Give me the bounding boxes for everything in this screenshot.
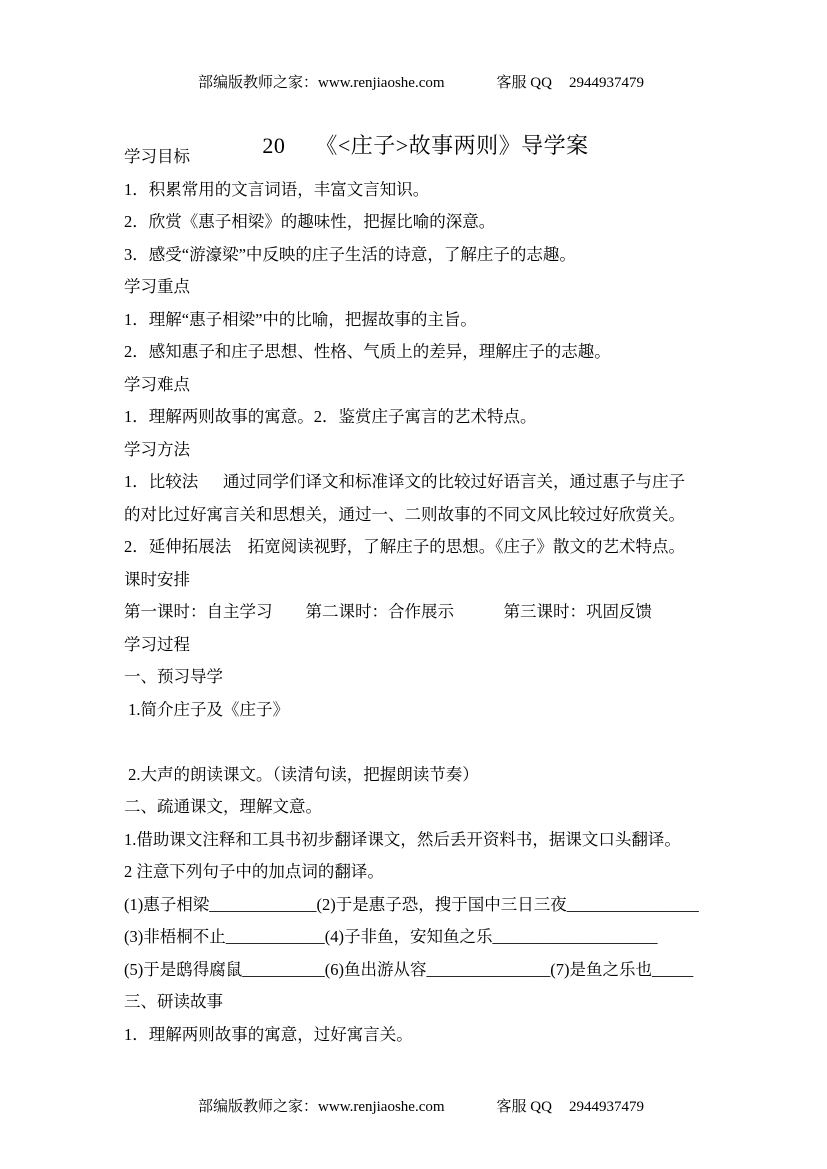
header-site-label: 部编版教师之家： — [198, 75, 318, 91]
header-site-url: www.renjiaoshe.com — [318, 75, 445, 91]
footer-service-label: 客服 QQ — [497, 1099, 552, 1115]
footer-qq-number: 2944937479 — [569, 1099, 644, 1115]
page-footer: 部编版教师之家：www.renjiaoshe.com客服 QQ294493747… — [0, 1078, 827, 1133]
method-1-line-1: 1．比较法 通过同学们译文和标准译文的比较过好语言关，通过惠子与庄子 — [124, 466, 724, 499]
method-1-line-2: 的对比过好寓言关和思想关，通过一、二则故事的不同文风比较过好欣赏关。 — [124, 499, 724, 532]
learning-goal-3: 3．感受“游濠梁”中反映的庄子生活的诗意，了解庄子的志趣。 — [124, 239, 724, 272]
section-1-preview-heading: 一、预习导学 — [124, 661, 724, 694]
preview-item-2: 2.大声的朗读课文。（读清句读，把握朗读节奏） — [124, 759, 724, 792]
document-page: 部编版教师之家：www.renjiaoshe.com客服 QQ294493747… — [0, 0, 827, 1169]
header-qq-number: 2944937479 — [569, 75, 644, 91]
fill-blank-line-1: (1)惠子相梁_____________(2)于是惠子恐，搜于国中三日三夜___… — [124, 889, 724, 922]
focus-item-2: 2．感知惠子和庄子思想、性格、气质上的差异，理解庄子的志趣。 — [124, 336, 724, 369]
document-body: 学习目标 1．积累常用的文言词语，丰富文言知识。 2．欣赏《惠子相梁》的趣味性，… — [124, 141, 724, 1051]
fill-blank-line-2: (3)非梧桐不止____________(4)子非鱼，安知鱼之乐________… — [124, 921, 724, 954]
blank-line — [124, 726, 724, 759]
section-2-comprehension-heading: 二、疏通课文，理解文意。 — [124, 791, 724, 824]
difficulty-items: 1．理解两则故事的寓意。2．鉴赏庄子寓言的艺术特点。 — [124, 401, 724, 434]
section-3-study-heading: 三、研读故事 — [124, 986, 724, 1019]
footer-site-label: 部编版教师之家： — [198, 1099, 318, 1115]
page-header: 部编版教师之家：www.renjiaoshe.com客服 QQ294493747… — [0, 54, 827, 109]
focus-item-1: 1．理解“惠子相梁”中的比喻，把握故事的主旨。 — [124, 304, 724, 337]
header-service-label: 客服 QQ — [497, 75, 552, 91]
learning-goal-1: 1．积累常用的文言词语，丰富文言知识。 — [124, 174, 724, 207]
fill-blank-line-3: (5)于是鸱得腐鼠__________(6)鱼出游从容_____________… — [124, 954, 724, 987]
heading-learning-goals: 学习目标 — [124, 141, 724, 174]
footer-site-url: www.renjiaoshe.com — [318, 1099, 445, 1115]
study-item-1: 1．理解两则故事的寓意，过好寓言关。 — [124, 1019, 724, 1052]
comprehension-item-1: 1.借助课文注释和工具书初步翻译课文，然后丢开资料书，据课文口头翻译。 — [124, 824, 724, 857]
heading-learning-methods: 学习方法 — [124, 434, 724, 467]
heading-learning-focus: 学习重点 — [124, 271, 724, 304]
heading-learning-difficulties: 学习难点 — [124, 369, 724, 402]
learning-goal-2: 2．欣赏《惠子相梁》的趣味性，把握比喻的深意。 — [124, 206, 724, 239]
lesson-schedule: 第一课时：自主学习 第二课时：合作展示 第三课时：巩固反馈 — [124, 596, 724, 629]
method-2: 2．延伸拓展法 拓宽阅读视野，了解庄子的思想。《庄子》散文的艺术特点。 — [124, 531, 724, 564]
preview-item-1: 1.简介庄子及《庄子》 — [124, 694, 724, 727]
heading-learning-process: 学习过程 — [124, 629, 724, 662]
heading-lesson-schedule: 课时安排 — [124, 564, 724, 597]
comprehension-item-2: 2 注意下列句子中的加点词的翻译。 — [124, 856, 724, 889]
